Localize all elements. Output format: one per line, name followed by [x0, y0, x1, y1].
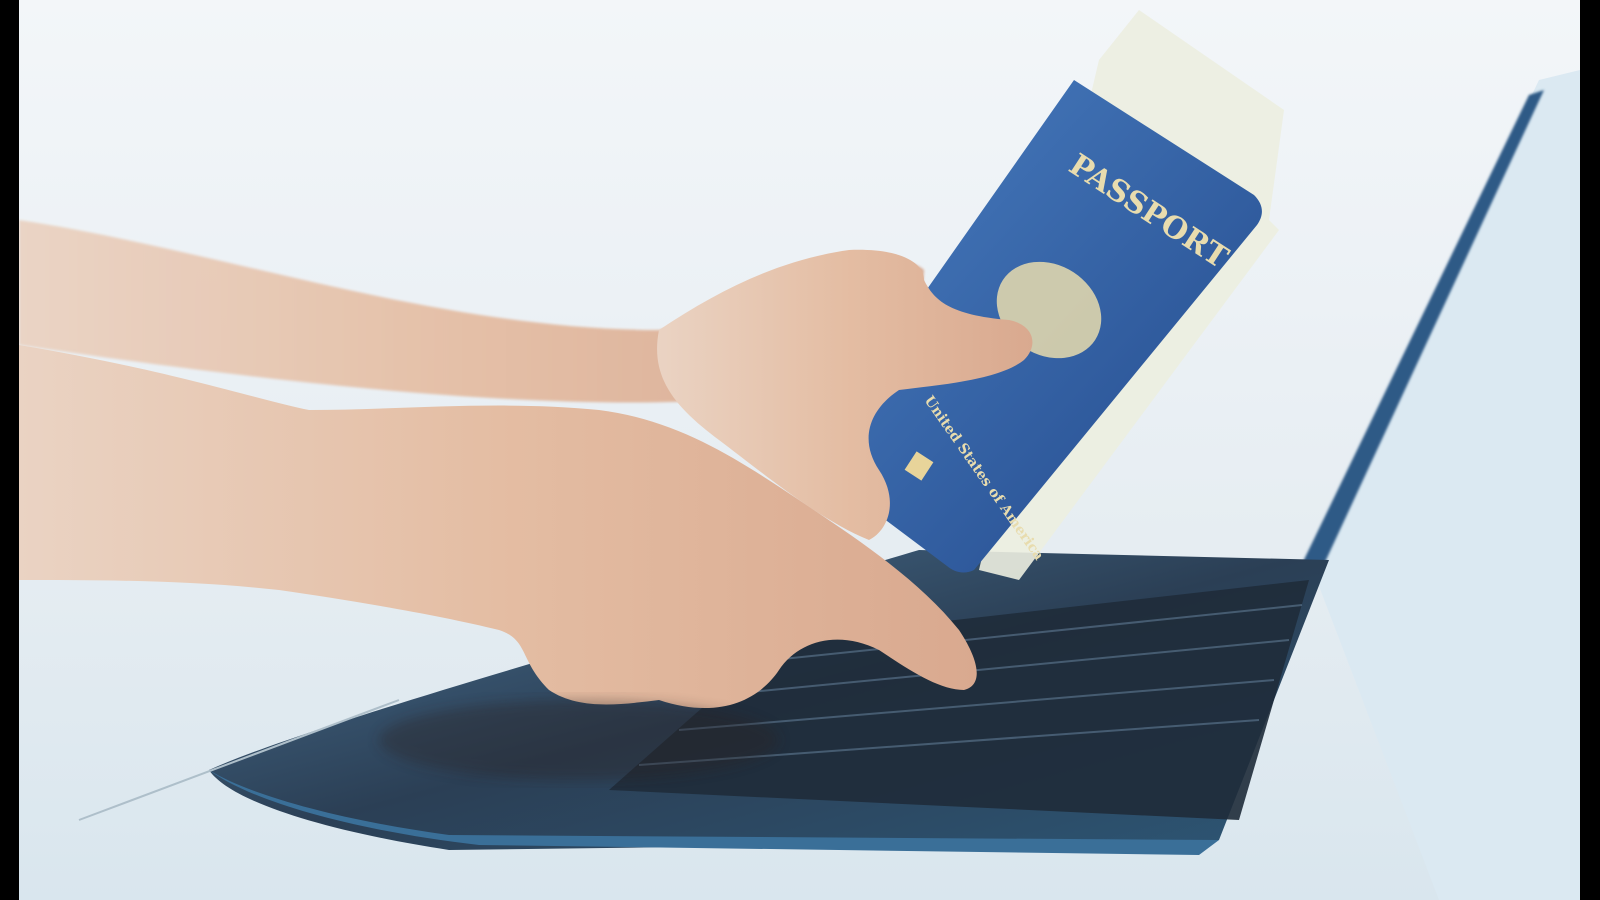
hand-shadow [379, 700, 779, 780]
photo: PASSPORT United States of America [19, 0, 1580, 900]
letterbox-right [1580, 0, 1600, 900]
letterbox-left [0, 0, 19, 900]
photo-illustration: PASSPORT United States of America [19, 0, 1580, 900]
